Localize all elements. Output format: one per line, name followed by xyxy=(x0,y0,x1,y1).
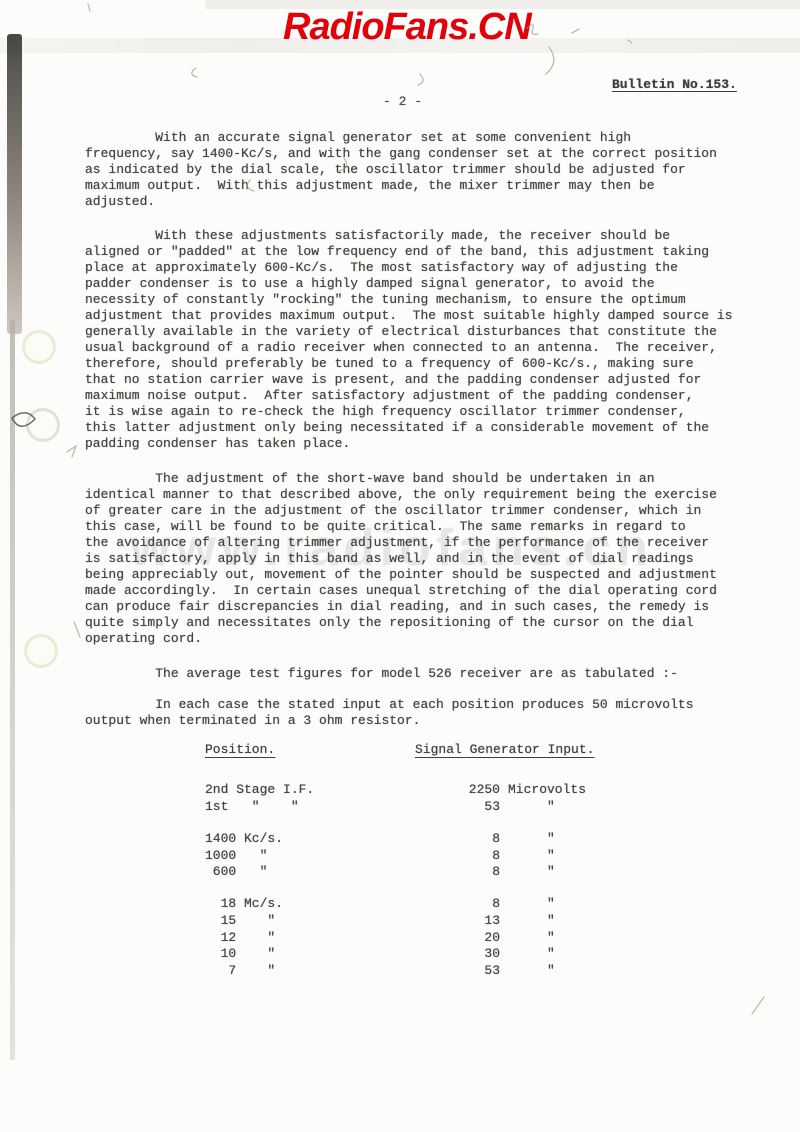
input-unit-cell: Microvolts xyxy=(508,782,586,797)
table-row: 12 " 20 " xyxy=(0,930,800,947)
input-unit-cell: " xyxy=(508,864,555,879)
punch-hole-ghost xyxy=(24,634,58,668)
brand-watermark: RadioFans.CN xyxy=(283,6,543,49)
position-cell: 1st " " xyxy=(205,799,299,814)
input-value-cell: 8 xyxy=(430,896,500,911)
position-cell: 10 " xyxy=(205,946,275,961)
input-value-cell: 53 xyxy=(430,963,500,978)
paragraph-shortwave-band: The adjustment of the short-wave band sh… xyxy=(85,471,717,647)
input-unit-cell: " xyxy=(508,848,555,863)
table-header-signal-input: Signal Generator Input. xyxy=(415,742,594,757)
page-number: - 2 - xyxy=(383,94,422,109)
input-unit-cell: " xyxy=(508,896,555,911)
input-unit-cell: " xyxy=(508,930,555,945)
input-unit-cell: " xyxy=(508,799,555,814)
table-row: 1400 Kc/s. 8 " xyxy=(0,831,800,848)
scanned-bulletin-page: www.radiofans.cn RadioFans.CN Bulletin N… xyxy=(0,0,800,1132)
table-row: 10 " 30 " xyxy=(0,946,800,963)
input-value-cell: 8 xyxy=(430,864,500,879)
table-row: 1st " " 53 " xyxy=(0,799,800,816)
input-value-cell: 20 xyxy=(430,930,500,945)
position-cell: 600 " xyxy=(205,864,267,879)
bulletin-number: Bulletin No.153. xyxy=(612,77,737,92)
input-unit-cell: " xyxy=(508,913,555,928)
input-value-cell: 8 xyxy=(430,848,500,863)
position-cell: 1400 Kc/s. xyxy=(205,831,283,846)
position-cell: 1000 " xyxy=(205,848,267,863)
paragraph-output-note: In each case the stated input at each po… xyxy=(85,697,694,729)
paragraph-test-figures-intro: The average test figures for model 526 r… xyxy=(85,666,678,682)
table-row: 2nd Stage I.F. 2250 Microvolts xyxy=(0,782,800,799)
input-value-cell: 13 xyxy=(430,913,500,928)
paragraph-lf-padding: With these adjustments satisfactorily ma… xyxy=(85,228,733,452)
table-row: 600 " 8 " xyxy=(0,864,800,881)
input-value-cell: 30 xyxy=(430,946,500,961)
position-cell: 18 Mc/s. xyxy=(205,896,283,911)
position-cell: 15 " xyxy=(205,913,275,928)
punch-hole-ghost xyxy=(22,330,56,364)
table-row: 7 " 53 " xyxy=(0,963,800,980)
input-value-cell: 8 xyxy=(430,831,500,846)
position-cell: 2nd Stage I.F. xyxy=(205,782,314,797)
input-unit-cell: " xyxy=(508,946,555,961)
input-value-cell: 2250 xyxy=(430,782,500,797)
input-unit-cell: " xyxy=(508,831,555,846)
position-cell: 12 " xyxy=(205,930,275,945)
table-row: 18 Mc/s. 8 " xyxy=(0,896,800,913)
table-header-position: Position. xyxy=(205,742,275,757)
position-cell: 7 " xyxy=(205,963,275,978)
input-value-cell: 53 xyxy=(430,799,500,814)
table-row: 1000 " 8 " xyxy=(0,848,800,865)
punch-hole-ghost xyxy=(26,408,60,442)
paragraph-hf-alignment: With an accurate signal generator set at… xyxy=(85,130,717,210)
input-unit-cell: " xyxy=(508,963,555,978)
table-row: 15 " 13 " xyxy=(0,913,800,930)
scan-edge-shadow xyxy=(7,34,22,334)
